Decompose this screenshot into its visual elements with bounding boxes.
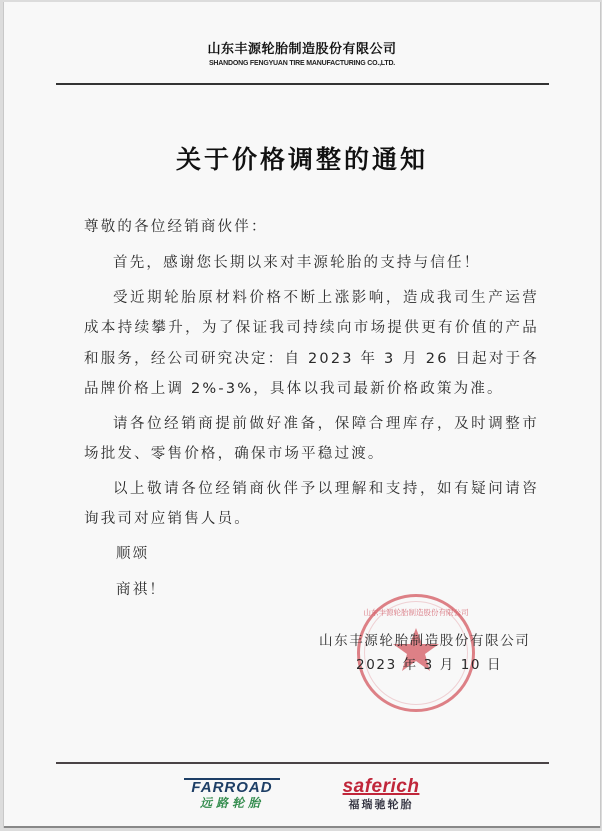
footer-divider [56,762,549,764]
paragraph-price-adjustment: 受近期轮胎原材料价格不断上涨影响，造成我司生产运营成本持续攀升，为了保证我司持续… [84,283,539,405]
company-name-en: SHANDONG FENGYUAN TIRE MANUFACTURING CO.… [4,59,600,68]
farroad-logo-cn: 远路轮胎 [184,796,280,811]
letter-page: 山东丰源轮胎制造股份有限公司 SHANDONG FENGYUAN TIRE MA… [3,2,601,828]
signature-date: 2023 年 3 月 10 日 [309,652,569,678]
company-letterhead: 山东丰源轮胎制造股份有限公司 SHANDONG FENGYUAN TIRE MA… [4,42,600,68]
saferich-logo-en: saferich [331,778,431,796]
notice-title: 关于价格调整的通知 [4,140,600,176]
stamp-text: 山东丰源轮胎制造股份有限公司 [360,607,472,618]
saferich-logo: saferich 福瑞驰轮胎 [331,778,431,812]
salutation: 尊敬的各位经销商伙伴： [84,212,539,242]
saferich-logo-cn: 福瑞驰轮胎 [331,797,431,812]
signature-block: 山东丰源轮胎制造股份有限公司 2023 年 3 月 10 日 [309,630,569,678]
letter-body: 尊敬的各位经销商伙伴： 首先，感谢您长期以来对丰源轮胎的支持与信任！ 受近期轮胎… [84,212,539,611]
header-divider [56,83,549,85]
closing-line-1: 顺颂 [84,539,539,569]
paragraph-contact: 以上敬请各位经销商伙伴予以理解和支持，如有疑问请咨询我司对应销售人员。 [84,474,539,535]
company-name-cn: 山东丰源轮胎制造股份有限公司 [4,42,600,58]
farroad-logo: FARROAD 远路轮胎 [184,778,280,811]
signature-company: 山东丰源轮胎制造股份有限公司 [309,630,569,652]
closing-line-2: 商祺！ [84,575,539,605]
paragraph-preparation: 请各位经销商提前做好准备，保障合理库存，及时调整市场批发、零售价格，确保市场平稳… [84,409,539,470]
page-bottom-edge [4,826,600,828]
farroad-logo-en: FARROAD [184,778,280,796]
paragraph-thanks: 首先，感谢您长期以来对丰源轮胎的支持与信任！ [84,248,539,279]
